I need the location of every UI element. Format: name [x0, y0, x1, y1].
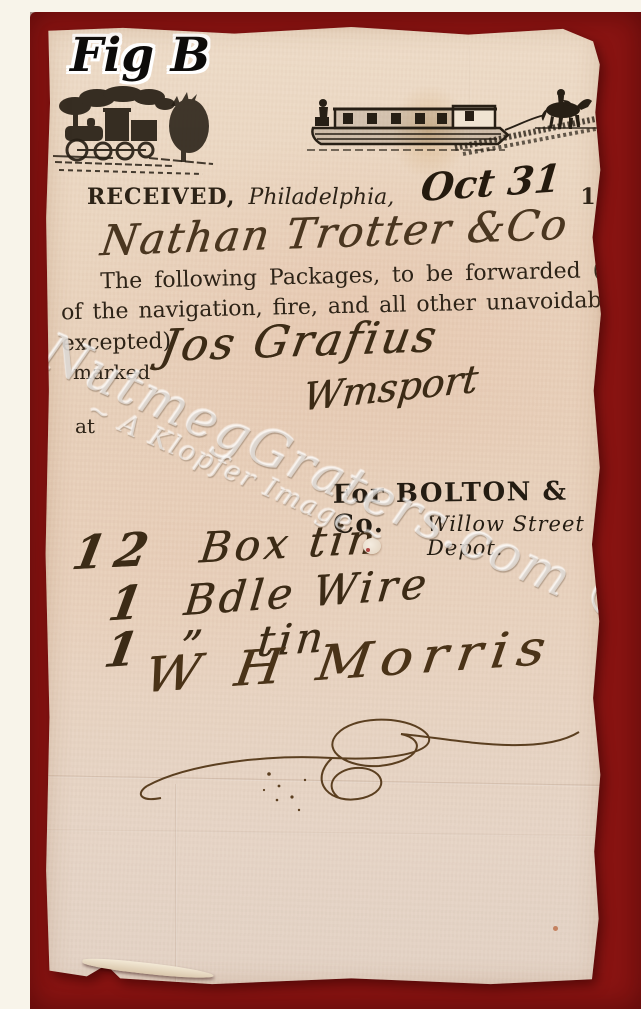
punch-hole [363, 538, 381, 554]
received-label: RECEIVED, [87, 184, 235, 210]
ink-spot [553, 926, 558, 931]
marked-label: marked [73, 360, 150, 384]
item-quantity: 1 [100, 621, 142, 678]
signature-flourish [117, 702, 592, 827]
at-label: at [75, 414, 95, 438]
receipt-paper-wrap: Fig B [45, 26, 602, 986]
item-quantity: 12 [68, 521, 163, 580]
year-printed: 183 [580, 184, 602, 210]
figure-label: Fig B [70, 28, 210, 83]
framed-receipt-photo: Fig B [0, 0, 641, 1009]
fold-crease [45, 829, 602, 837]
depot-line: Willow Street Depot. [427, 512, 602, 560]
receipt-paper: Fig B [45, 26, 602, 986]
handwritten-marking: Jos Grafius [157, 311, 443, 372]
